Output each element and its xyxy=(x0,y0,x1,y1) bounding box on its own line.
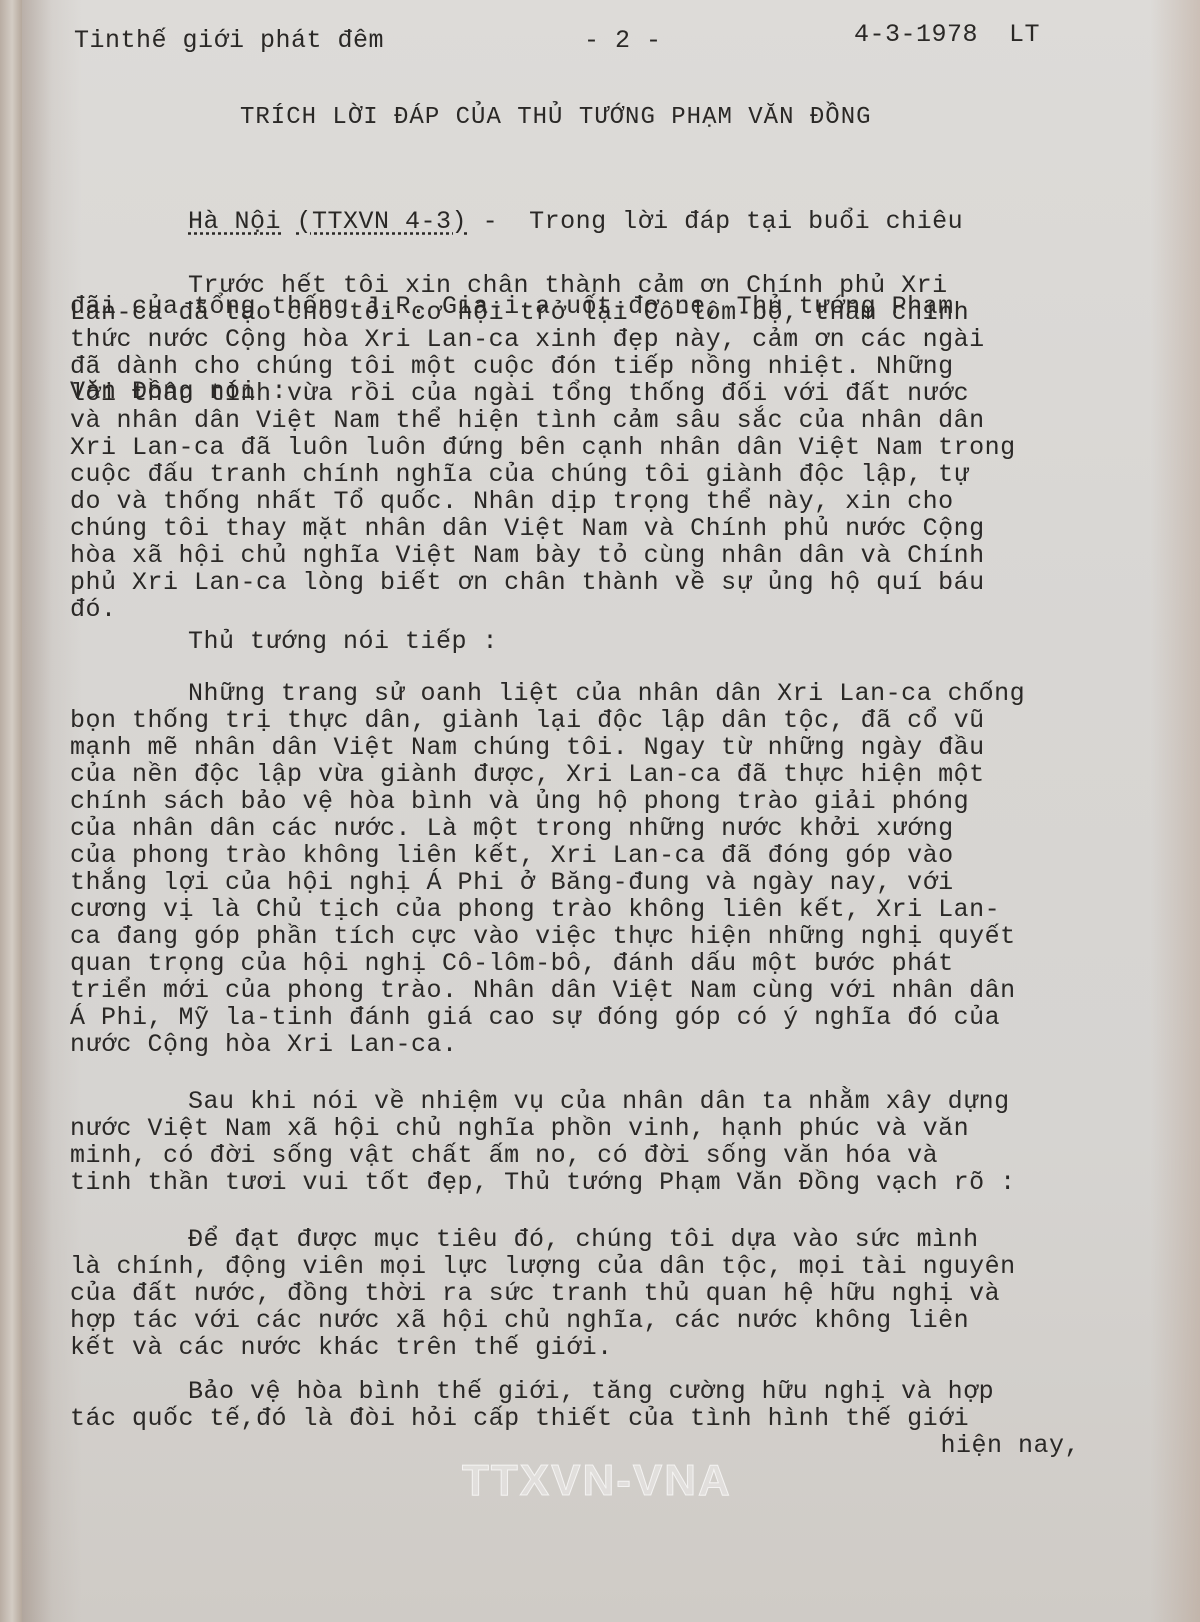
text-line: cương vị là Chủ tịch của phong trào khôn… xyxy=(70,896,1150,923)
text-line: hợp tác với các nước xã hội chủ nghĩa, c… xyxy=(70,1307,1150,1334)
text-line: đó. xyxy=(70,596,1150,623)
text-line: do và thống nhất Tổ quốc. Nhân dịp trọng… xyxy=(70,488,1150,515)
dateline-source: (TTXVN 4-3) xyxy=(297,207,468,236)
text-line: nước Việt Nam xã hội chủ nghĩa phồn vinh… xyxy=(70,1115,1150,1142)
text-line: tác quốc tế,đó là đòi hỏi cấp thiết của … xyxy=(70,1405,1150,1432)
text-line: minh, có đời sống vật chất ấm no, có đời… xyxy=(70,1142,1150,1169)
text-line: Thủ tướng nói tiếp : xyxy=(70,628,1150,655)
text-line: thắng lợi của hội nghị Á Phi ở Băng-đung… xyxy=(70,869,1150,896)
text-line: Để đạt được mục tiêu đó, chúng tôi dựa v… xyxy=(70,1226,1150,1253)
paragraph-1: Trước hết tôi xin chân thành cảm ơn Chín… xyxy=(70,272,1150,623)
text-line: quan trọng của hội nghị Cô-lôm-bô, đánh … xyxy=(70,950,1150,977)
paragraph-2: Thủ tướng nói tiếp : xyxy=(70,628,1150,655)
text-line: của phong trào không liên kết, Xri Lan-c… xyxy=(70,842,1150,869)
dateline-place: Hà Nội xyxy=(188,207,281,236)
text-line: Á Phi, Mỹ la-tinh đánh giá cao sự đóng g… xyxy=(70,1004,1150,1031)
text-line: tinh thần tươi vui tốt đẹp, Thủ tướng Ph… xyxy=(70,1169,1150,1196)
text-line: cuộc đấu tranh chính nghĩa của chúng tôi… xyxy=(70,461,1150,488)
text-line: của đất nước, đồng thời ra sức tranh thủ… xyxy=(70,1280,1150,1307)
continuation-line: hiện nay, xyxy=(70,1432,1150,1459)
text-line: chính sách bảo vệ hòa bình và ủng hộ pho… xyxy=(70,788,1150,815)
text-line: thức nước Cộng hòa Xri Lan-ca xinh đẹp n… xyxy=(70,326,1150,353)
paragraph-6: Bảo vệ hòa bình thế giới, tăng cường hữu… xyxy=(70,1378,1150,1459)
text-line: Xri Lan-ca đã luôn luôn đứng bên cạnh nh… xyxy=(70,434,1150,461)
paragraph-5: Để đạt được mục tiêu đó, chúng tôi dựa v… xyxy=(70,1226,1150,1361)
page-number: - 2 - xyxy=(584,26,662,55)
text-line: Những trang sử oanh liệt của nhân dân Xr… xyxy=(70,680,1150,707)
bulletin-name: Tinthế giới phát đêm xyxy=(74,26,384,55)
text-line: là chính, động viên mọi lực lượng của dâ… xyxy=(70,1253,1150,1280)
text-line: của nền độc lập vừa giành được, Xri Lan-… xyxy=(70,761,1150,788)
paragraph-3: Những trang sử oanh liệt của nhân dân Xr… xyxy=(70,680,1150,1058)
text-line: kết và các nước khác trên thế giới. xyxy=(70,1334,1150,1361)
text-line: Sau khi nói về nhiệm vụ của nhân dân ta … xyxy=(70,1088,1150,1115)
document-title: TRÍCH LỜI ĐÁP CỦA THỦ TƯỚNG PHẠM VĂN ĐỒN… xyxy=(240,104,872,131)
text-line: phủ Xri Lan-ca lòng biết ơn chân thành v… xyxy=(70,569,1150,596)
text-line: Lan-ca đã tạo cho tôi cơ hội trở lại Cô-… xyxy=(70,299,1150,326)
text-line: triển mới của phong trào. Nhân dân Việt … xyxy=(70,977,1150,1004)
text-line: chúng tôi thay mặt nhân dân Việt Nam và … xyxy=(70,515,1150,542)
text-line: hòa xã hội chủ nghĩa Việt Nam bày tỏ cùn… xyxy=(70,542,1150,569)
typewritten-page: Tinthế giới phát đêm - 2 - 4-3-1978 LT T… xyxy=(22,0,1200,1622)
text-line: Bảo vệ hòa bình thế giới, tăng cường hữu… xyxy=(70,1378,1150,1405)
text-line: Trước hết tôi xin chân thành cảm ơn Chín… xyxy=(70,272,1150,299)
text-line: lời thân tình vừa rồi của ngài tổng thốn… xyxy=(70,380,1150,407)
dateline-text: - Trong lời đáp tại buổi chiêu xyxy=(467,207,963,236)
agency-watermark: TTXVN-VNA xyxy=(462,1456,732,1506)
text-line: mạnh mẽ nhân dân Việt Nam chúng tôi. Nga… xyxy=(70,734,1150,761)
text-line: của nhân dân các nước. Là một trong nhữn… xyxy=(70,815,1150,842)
text-line: và nhân dân Việt Nam thể hiện tình cảm s… xyxy=(70,407,1150,434)
text-line: bọn thống trị thực dân, giành lại độc lậ… xyxy=(70,707,1150,734)
document-date: 4-3-1978 LT xyxy=(854,20,1040,49)
text-line: đã dành cho chúng tôi một cuộc đón tiếp … xyxy=(70,353,1150,380)
text-line: ca đang góp phần tích cực vào việc thực … xyxy=(70,923,1150,950)
paragraph-4: Sau khi nói về nhiệm vụ của nhân dân ta … xyxy=(70,1088,1150,1196)
book-binding-edge xyxy=(0,0,22,1622)
dateline: Hà Nội (TTXVN 4-3) - Trong lời đáp tại b… xyxy=(70,208,1150,235)
text-line: nước Cộng hòa Xri Lan-ca. xyxy=(70,1031,1150,1058)
